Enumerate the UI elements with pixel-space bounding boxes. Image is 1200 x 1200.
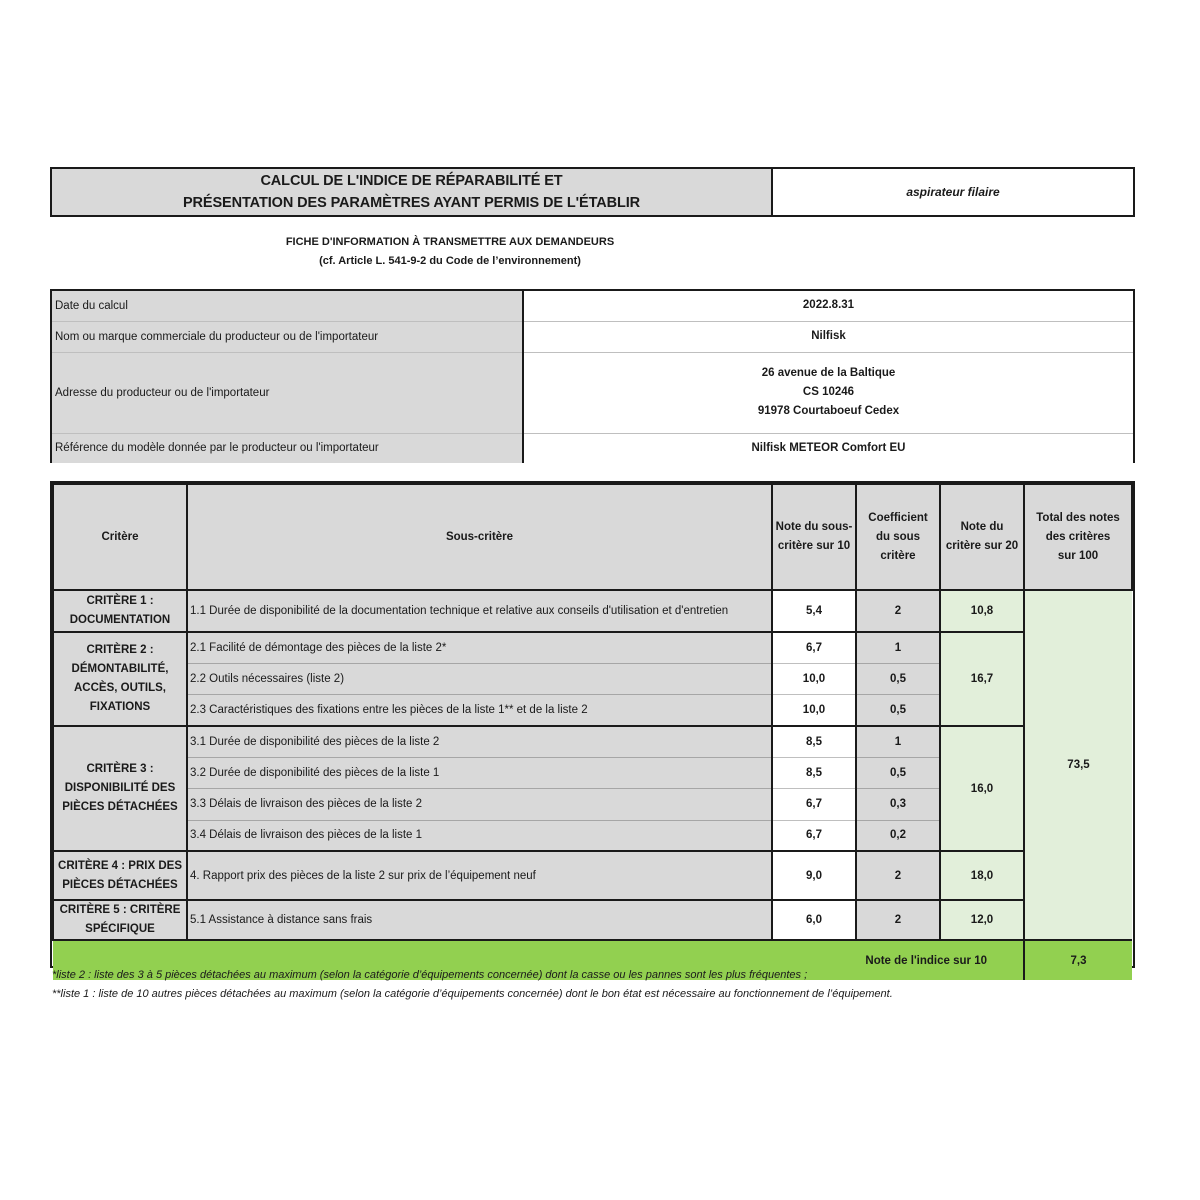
sub-criterion-score: 8,5	[772, 726, 856, 757]
header-critere: Critère	[53, 484, 187, 590]
sub-criterion-score: 6,0	[772, 900, 856, 940]
sub-criterion-label: 2.3 Caractéristiques des fixations entre…	[187, 694, 772, 726]
info-value: Nilfisk	[523, 321, 1133, 352]
sub-criterion-label: 3.2 Durée de disponibilité des pièces de…	[187, 757, 772, 788]
criterion-5-score-20: 12,0	[940, 900, 1024, 940]
sub-criterion-score: 9,0	[772, 851, 856, 900]
producer-info-table: Date du calcul2022.8.31Nom ou marque com…	[50, 289, 1135, 463]
criterion-2-label: CRITÈRE 2 :DÉMONTABILITÉ,ACCÈS, OUTILS,F…	[53, 632, 187, 726]
criterion-4-score-20: 18,0	[940, 851, 1024, 900]
info-label: Nom ou marque commerciale du producteur …	[52, 321, 523, 352]
sub-criterion-label: 5.1 Assistance à distance sans frais	[187, 900, 772, 940]
criterion-4-label: CRITÈRE 4 : PRIX DESPIÈCES DÉTACHÉES	[53, 851, 187, 900]
info-row: Adresse du producteur ou de l'importateu…	[52, 352, 1133, 433]
footnote-liste-1: **liste 1 : liste de 10 autres pièces dé…	[52, 985, 1152, 1004]
sub-criterion-coefficient: 2	[856, 590, 940, 632]
sub-criterion-label: 2.1 Facilité de démontage des pièces de …	[187, 632, 772, 663]
info-row: Nom ou marque commerciale du producteur …	[52, 321, 1133, 352]
sub-criterion-label: 3.1 Durée de disponibilité des pièces de…	[187, 726, 772, 757]
sub-criterion-score: 10,0	[772, 694, 856, 726]
criterion-5-label: CRITÈRE 5 : CRITÈRESPÉCIFIQUE	[53, 900, 187, 940]
title-line-1: CALCUL DE L'INDICE DE RÉPARABILITÉ ET	[260, 170, 562, 192]
criterion-1-score-20: 10,8	[940, 590, 1024, 632]
table-header-row: Critère Sous-critère Note du sous-critèr…	[53, 484, 1132, 590]
sub-criterion-label: 1.1 Durée de disponibilité de la documen…	[187, 590, 772, 632]
info-value: 26 avenue de la BaltiqueCS 1024691978 Co…	[523, 352, 1133, 433]
info-label: Référence du modèle donnée par le produc…	[52, 433, 523, 463]
info-value: 2022.8.31	[523, 291, 1133, 321]
sub-criterion-coefficient: 1	[856, 726, 940, 757]
footnotes: *liste 2 : liste des 3 à 5 pièces détach…	[52, 966, 1152, 1004]
subtitle: FICHE D'INFORMATION À TRANSMETTRE AUX DE…	[50, 233, 850, 271]
header-note-sous-critere: Note du sous-critère sur 10	[772, 484, 856, 590]
subtitle-line-2: (cf. Article L. 541-9-2 du Code de l’env…	[50, 252, 850, 271]
sub-criterion-score: 8,5	[772, 757, 856, 788]
subtitle-line-1: FICHE D'INFORMATION À TRANSMETTRE AUX DE…	[50, 233, 850, 252]
header-note-critere: Note ducritère sur 20	[940, 484, 1024, 590]
info-label: Date du calcul	[52, 291, 523, 321]
sub-criterion-coefficient: 0,5	[856, 757, 940, 788]
header-coefficient: Coefficientdu souscritère	[856, 484, 940, 590]
table-row: CRITÈRE 3 :DISPONIBILITÉ DESPIÈCES DÉTAC…	[53, 726, 1132, 757]
sub-criterion-coefficient: 0,5	[856, 694, 940, 726]
info-row: Date du calcul2022.8.31	[52, 291, 1133, 321]
sub-criterion-score: 6,7	[772, 632, 856, 663]
info-label: Adresse du producteur ou de l'importateu…	[52, 352, 523, 433]
sub-criterion-label: 3.3 Délais de livraison des pièces de la…	[187, 788, 772, 820]
table-row: CRITÈRE 1 :DOCUMENTATION1.1 Durée de dis…	[53, 590, 1132, 632]
criterion-3-label: CRITÈRE 3 :DISPONIBILITÉ DESPIÈCES DÉTAC…	[53, 726, 187, 851]
total-score-100: 73,5	[1024, 590, 1132, 940]
sub-criterion-score: 5,4	[772, 590, 856, 632]
sub-criterion-coefficient: 2	[856, 900, 940, 940]
sub-criterion-coefficient: 2	[856, 851, 940, 900]
header-total: Total des notesdes critèressur 100	[1024, 484, 1132, 590]
sub-criterion-coefficient: 0,3	[856, 788, 940, 820]
sub-criterion-label: 3.4 Délais de livraison des pièces de la…	[187, 820, 772, 851]
table-row: CRITÈRE 2 :DÉMONTABILITÉ,ACCÈS, OUTILS,F…	[53, 632, 1132, 663]
sub-criterion-score: 6,7	[772, 788, 856, 820]
sub-criterion-score: 6,7	[772, 820, 856, 851]
header-sous-critere: Sous-critère	[187, 484, 772, 590]
sub-criterion-label: 2.2 Outils nécessaires (liste 2)	[187, 663, 772, 694]
sub-criterion-coefficient: 0,2	[856, 820, 940, 851]
info-row: Référence du modèle donnée par le produc…	[52, 433, 1133, 463]
title-box: CALCUL DE L'INDICE DE RÉPARABILITÉ ET PR…	[50, 167, 1135, 217]
criterion-3-score-20: 16,0	[940, 726, 1024, 851]
criterion-1-label: CRITÈRE 1 :DOCUMENTATION	[53, 590, 187, 632]
criterion-2-score-20: 16,7	[940, 632, 1024, 726]
sub-criterion-coefficient: 0,5	[856, 663, 940, 694]
sub-criterion-coefficient: 1	[856, 632, 940, 663]
table-row: CRITÈRE 4 : PRIX DESPIÈCES DÉTACHÉES4. R…	[53, 851, 1132, 900]
sub-criterion-score: 10,0	[772, 663, 856, 694]
title-line-2: PRÉSENTATION DES PARAMÈTRES AYANT PERMIS…	[183, 192, 640, 214]
product-category: aspirateur filaire	[773, 169, 1133, 215]
sub-criterion-label: 4. Rapport prix des pièces de la liste 2…	[187, 851, 772, 900]
document-title: CALCUL DE L'INDICE DE RÉPARABILITÉ ET PR…	[52, 169, 773, 215]
info-value: Nilfisk METEOR Comfort EU	[523, 433, 1133, 463]
scoring-table: Critère Sous-critère Note du sous-critèr…	[50, 481, 1135, 968]
table-row: CRITÈRE 5 : CRITÈRESPÉCIFIQUE5.1 Assista…	[53, 900, 1132, 940]
footnote-liste-2: *liste 2 : liste des 3 à 5 pièces détach…	[52, 966, 1152, 985]
